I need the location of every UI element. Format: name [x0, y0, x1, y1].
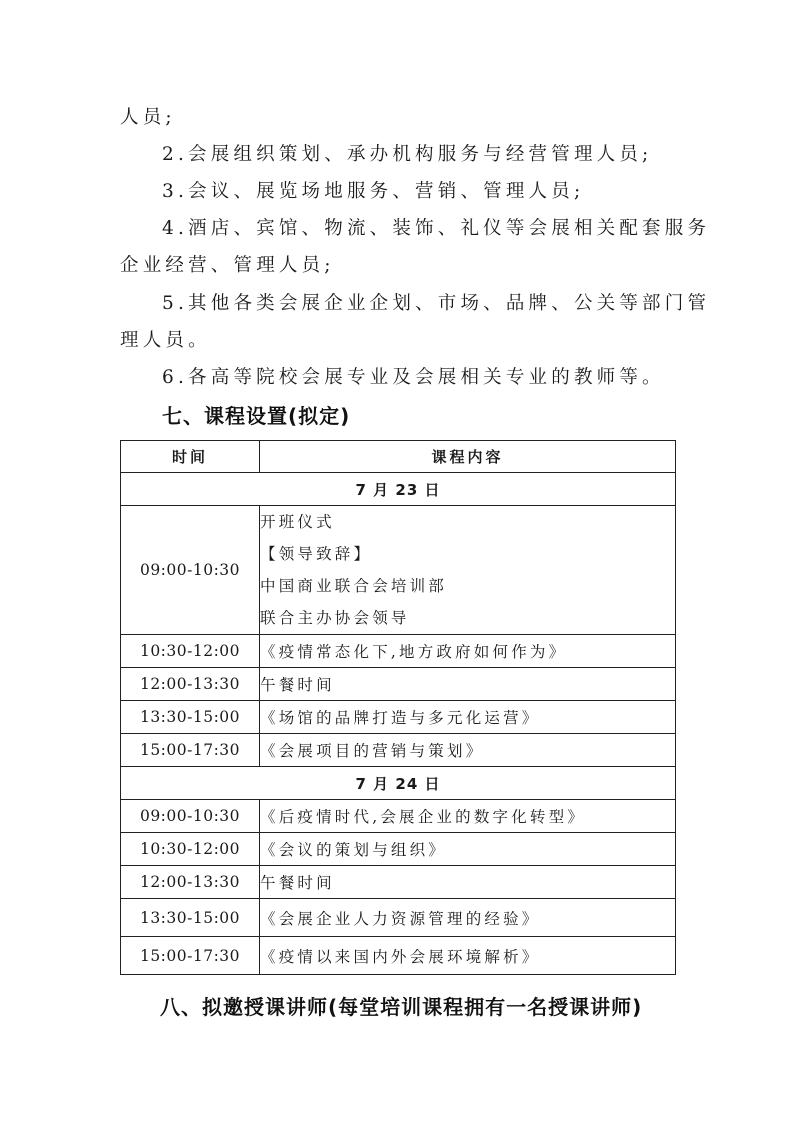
content-line: 中国商业联合会培训部 — [260, 570, 675, 602]
section-7-heading: 七、课程设置(拟定) — [162, 403, 350, 429]
date-row: 7 月 24 日 — [121, 767, 676, 800]
table-row: 13:30-15:00 《会展企业人力资源管理的经验》 — [121, 899, 676, 937]
course-schedule-table: 时间 课程内容 7 月 23 日 09:00-10:30 开班仪式 【领导致辞】… — [120, 440, 676, 975]
paragraph-line: 理人员。 — [120, 329, 211, 353]
time-cell: 09:00-10:30 — [121, 506, 260, 635]
time-cell: 15:00-17:30 — [121, 937, 260, 975]
content-line: 【领导致辞】 — [260, 538, 675, 570]
paragraph-line: 人员; — [120, 106, 176, 130]
table-row: 15:00-17:30 《会展项目的营销与策划》 — [121, 734, 676, 767]
content-cell: 《会展项目的营销与策划》 — [260, 734, 676, 767]
section-8-heading: 八、拟邀授课讲师(每堂培训课程拥有一名授课讲师) — [160, 994, 642, 1020]
content-cell: 午餐时间 — [260, 866, 676, 899]
content-cell: 《疫情常态化下,地方政府如何作为》 — [260, 635, 676, 668]
table-row: 09:00-10:30 《后疫情时代,会展企业的数字化转型》 — [121, 800, 676, 833]
table-row: 12:00-13:30 午餐时间 — [121, 668, 676, 701]
table-header-row: 时间 课程内容 — [121, 441, 676, 473]
header-time: 时间 — [121, 441, 260, 473]
table-row: 10:30-12:00 《会议的策划与组织》 — [121, 833, 676, 866]
paragraph-line: 5.其他各类会展企业企划、市场、品牌、公关等部门管 — [162, 292, 710, 316]
paragraph-line: 2.会展组织策划、承办机构服务与经营管理人员; — [162, 143, 653, 167]
header-content: 课程内容 — [260, 441, 676, 473]
table-row: 13:30-15:00 《场馆的品牌打造与多元化运营》 — [121, 701, 676, 734]
content-cell: 《会议的策划与组织》 — [260, 833, 676, 866]
date-cell: 7 月 24 日 — [121, 767, 676, 800]
table-row: 09:00-10:30 开班仪式 【领导致辞】 中国商业联合会培训部 联合主办协… — [121, 506, 676, 635]
time-cell: 12:00-13:30 — [121, 668, 260, 701]
paragraph-line: 4.酒店、宾馆、物流、装饰、礼仪等会展相关配套服务 — [162, 217, 710, 241]
date-row: 7 月 23 日 — [121, 473, 676, 506]
time-cell: 10:30-12:00 — [121, 635, 260, 668]
time-cell: 13:30-15:00 — [121, 701, 260, 734]
content-cell: 《会展企业人力资源管理的经验》 — [260, 899, 676, 937]
time-cell: 15:00-17:30 — [121, 734, 260, 767]
paragraph-line: 3.会议、展览场地服务、营销、管理人员; — [162, 180, 584, 204]
content-line: 开班仪式 — [260, 506, 675, 538]
time-cell: 09:00-10:30 — [121, 800, 260, 833]
content-cell: 午餐时间 — [260, 668, 676, 701]
time-cell: 12:00-13:30 — [121, 866, 260, 899]
content-cell: 《后疫情时代,会展企业的数字化转型》 — [260, 800, 676, 833]
paragraph-line: 企业经营、管理人员; — [120, 254, 335, 278]
content-cell: 《场馆的品牌打造与多元化运营》 — [260, 701, 676, 734]
content-cell: 《疫情以来国内外会展环境解析》 — [260, 937, 676, 975]
time-cell: 10:30-12:00 — [121, 833, 260, 866]
content-cell: 开班仪式 【领导致辞】 中国商业联合会培训部 联合主办协会领导 — [260, 506, 676, 635]
paragraph-line: 6.各高等院校会展专业及会展相关专业的教师等。 — [162, 366, 665, 390]
table-row: 10:30-12:00 《疫情常态化下,地方政府如何作为》 — [121, 635, 676, 668]
content-line: 联合主办协会领导 — [260, 602, 675, 634]
date-cell: 7 月 23 日 — [121, 473, 676, 506]
time-cell: 13:30-15:00 — [121, 899, 260, 937]
table-row: 12:00-13:30 午餐时间 — [121, 866, 676, 899]
table-row: 15:00-17:30 《疫情以来国内外会展环境解析》 — [121, 937, 676, 975]
